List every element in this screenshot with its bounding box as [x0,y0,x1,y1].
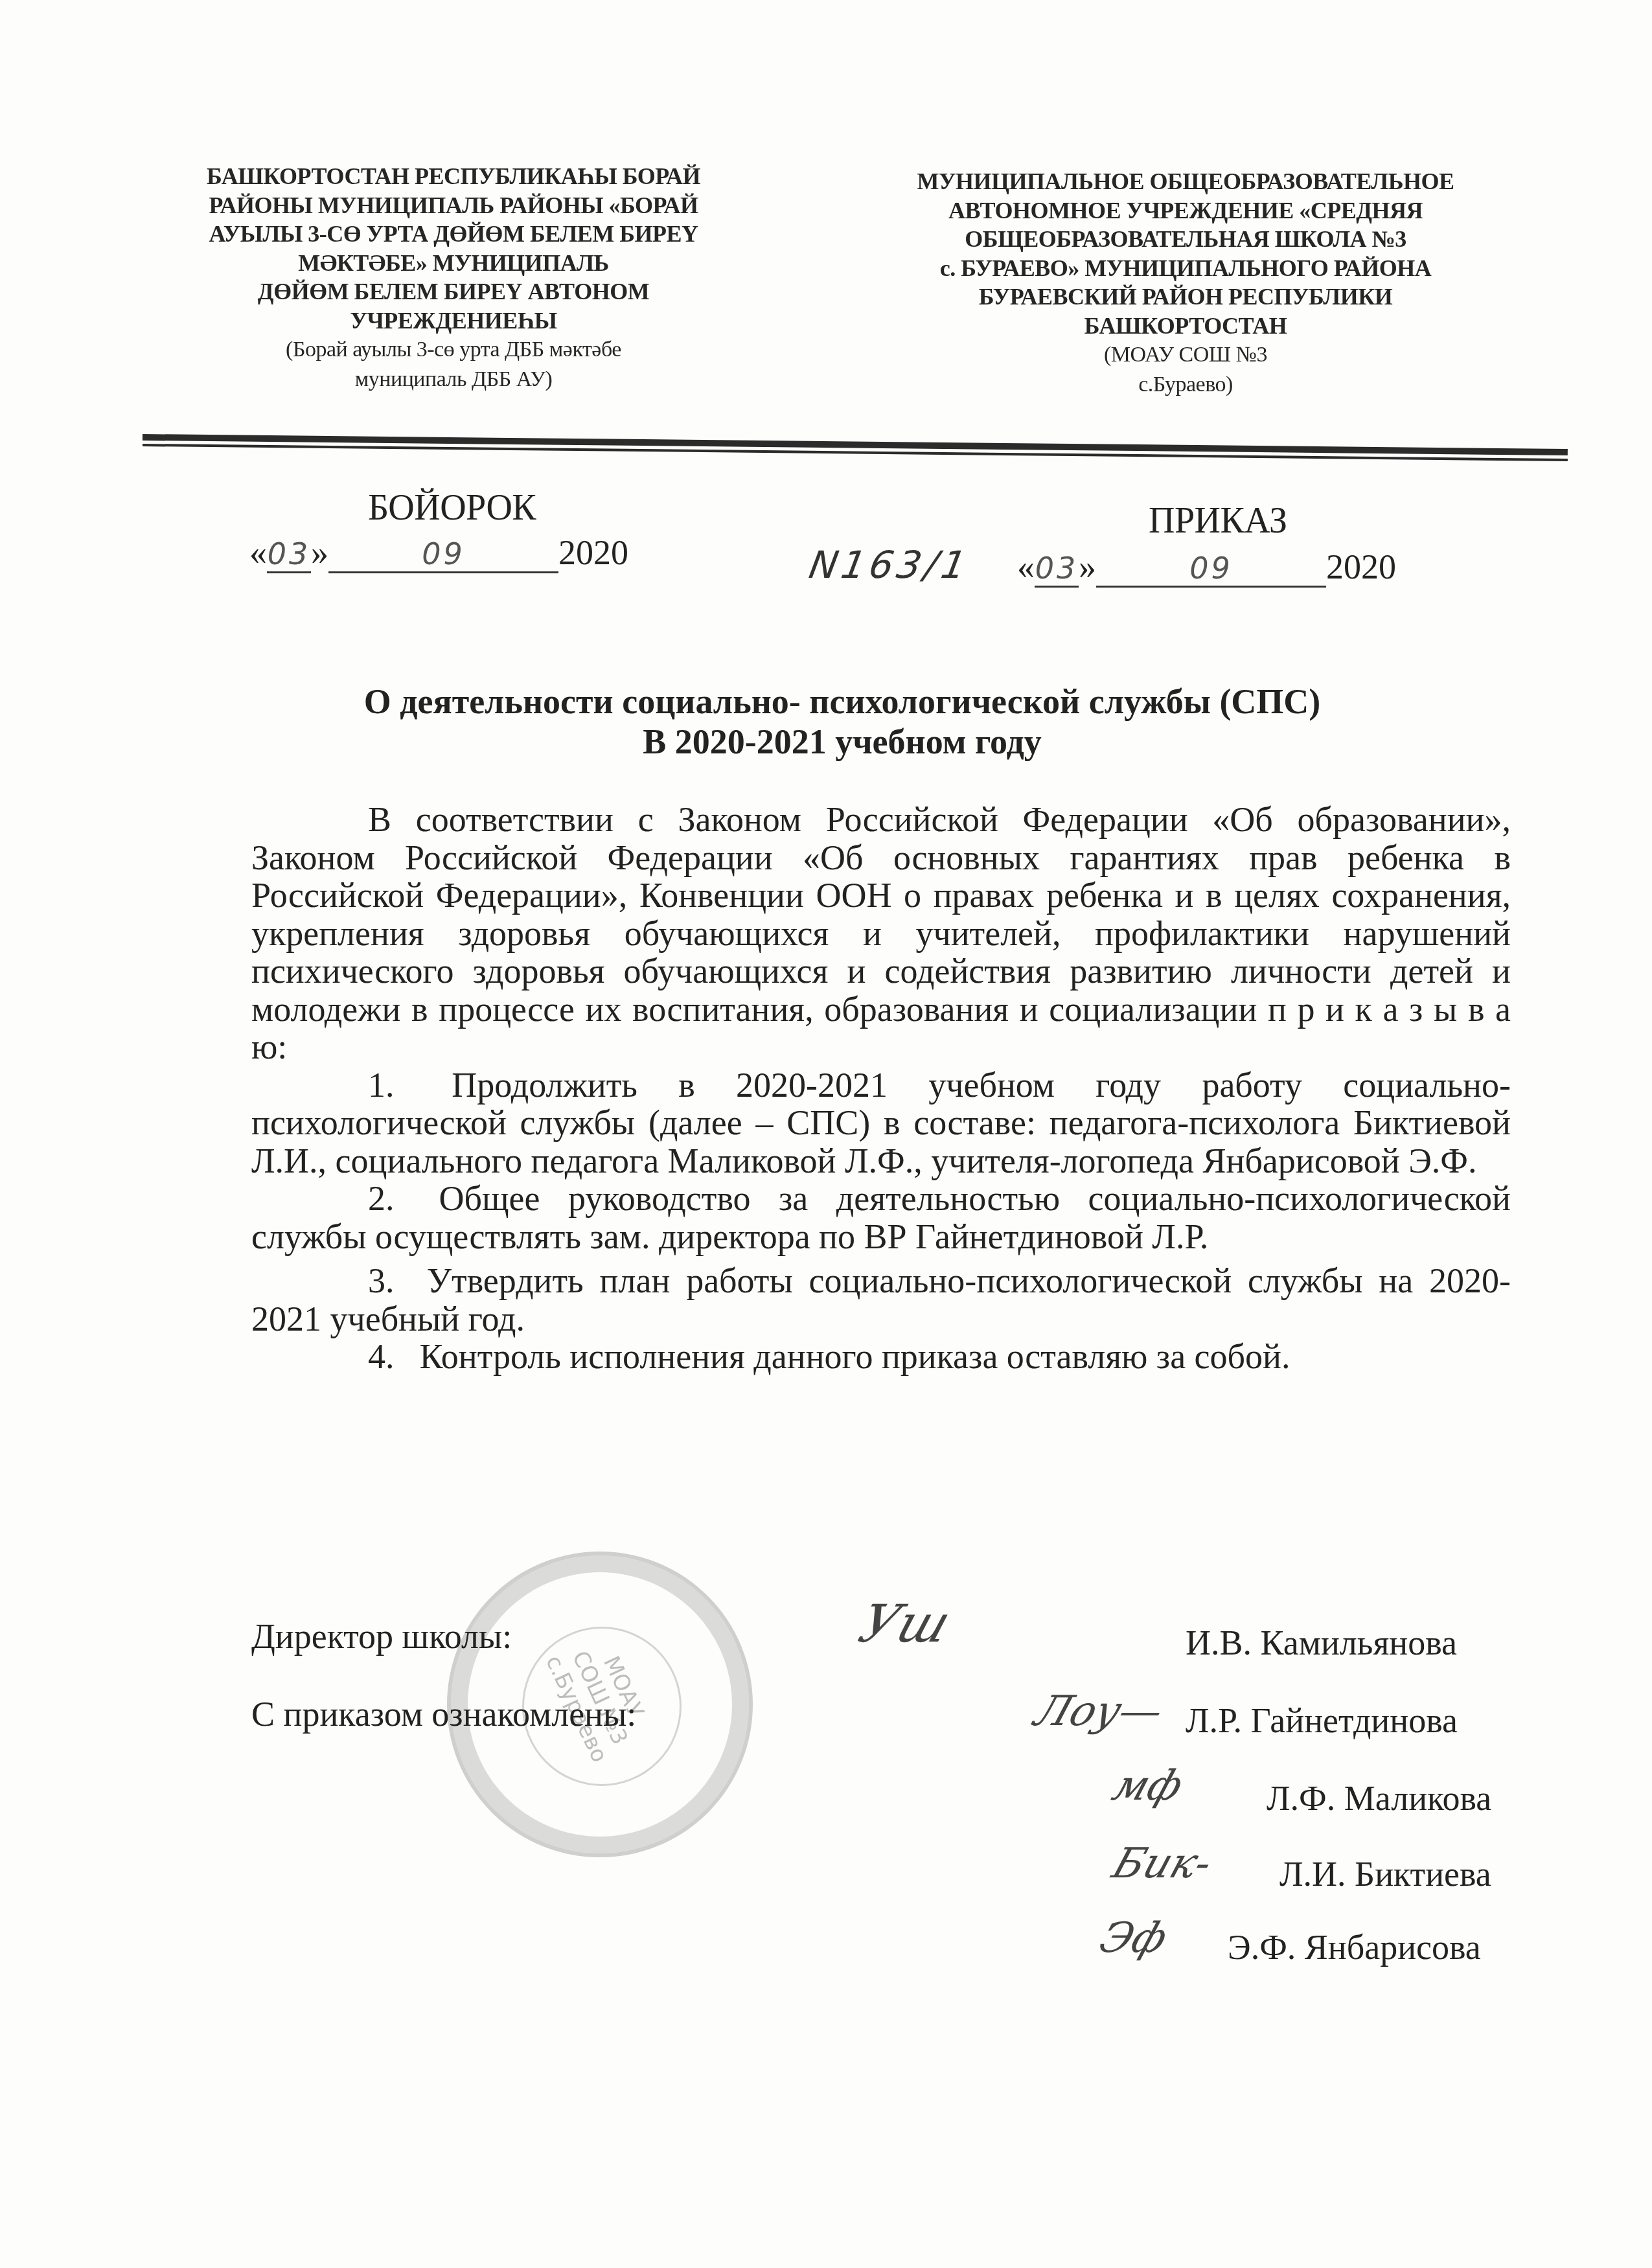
order-item-1: 1. Продолжить в 2020-2021 учебном году р… [251,1066,1511,1180]
preamble: В соответствии с Законом Российской Феде… [251,801,1511,1066]
letterhead-line: МӘКТӘБЕ» МУНИЦИПАЛЬ [130,249,777,278]
handwritten-signature: Эф [1094,1914,1173,1962]
letterhead-abbrev: (МОАУ СОШ №3 [862,340,1509,370]
quote-close: » [311,533,328,572]
handwritten-day: 03 [267,536,311,573]
letterhead-line: УЧРЕЖДЕНИЕҺЫ [130,306,777,336]
order-date-bashkir: «03»092020 [249,533,628,573]
handwritten-order-number: N163/1 [806,543,974,587]
letterhead-line: БУРАЕВСКИЙ РАЙОН РЕСПУБЛИКИ [862,282,1509,312]
item-number: 1. [368,1066,411,1105]
item-text: Продолжить в 2020-2021 учебном году рабо… [251,1066,1511,1180]
letterhead-bashkir: БАШКОРТОСТАН РЕСПУБЛИКАҺЫ БОРАЙ РАЙОНЫ М… [130,162,777,395]
signatory-name: Л.Р. Гайнетдинова [1186,1701,1458,1741]
order-title-line: О деятельности социально- психологическо… [194,682,1490,722]
letterhead-line: ДӨЙӨМ БЕЛЕМ БИРЕҮ АВТОНОМ [130,277,777,306]
letterhead-line: МУНИЦИПАЛЬНОЕ ОБЩЕОБРАЗОВАТЕЛЬНОЕ [862,167,1509,196]
handwritten-signature: Лоу— [1029,1688,1169,1735]
item-number: 3. [368,1262,411,1300]
quote-open: « [249,533,267,572]
item-text: Утвердить план работы социально-психолог… [251,1261,1511,1338]
handwritten-day: 03 [1035,551,1079,588]
letterhead-line: РАЙОНЫ МУНИЦИПАЛЬ РАЙОНЫ «БОРАЙ [130,191,777,220]
letterhead-abbrev: муниципаль ДББ АУ) [130,365,777,395]
handwritten-month: 09 [1096,551,1326,588]
doc-type-bashkir: БОЙОРОК [368,487,536,529]
item-text: Общее руководство за деятельностью социа… [251,1179,1511,1256]
signatory-name: Л.И. Биктиева [1279,1854,1491,1894]
signatory-name: Л.Ф. Маликова [1267,1778,1491,1818]
item-text: Контроль исполнения данного приказа оста… [420,1337,1291,1376]
acknowledged-label: С приказом ознакомлены: [251,1694,636,1734]
handwritten-signature: Бик- [1107,1840,1218,1888]
date-year: 2020 [558,533,628,572]
item-number: 4. [368,1338,411,1376]
letterhead-line: с. БУРАЕВО» МУНИЦИПАЛЬНОГО РАЙОНА [862,254,1509,283]
order-date-russian: «03»092020 [1017,547,1396,588]
order-title-line: В 2020-2021 учебном году [194,722,1490,762]
handwritten-month: 09 [328,536,558,573]
handwritten-signature: мф [1107,1762,1189,1810]
quote-close: » [1079,547,1096,586]
order-body: В соответствии с Законом Российской Феде… [251,801,1511,1376]
letterhead-abbrev: (Борай ауылы 3-сө урта ДББ мәктәбе [130,335,777,365]
letterhead-abbrev: с.Бураево) [862,370,1509,400]
handwritten-signature-director: Уш [852,1594,958,1654]
director-label: Директор школы: [251,1616,512,1656]
letterhead-line: БАШКОРТОСТАН РЕСПУБЛИКАҺЫ БОРАЙ [130,162,777,191]
order-item-2: 2. Общее руководство за деятельностью со… [251,1180,1511,1255]
letterhead-line: БАШКОРТОСТАН [862,312,1509,341]
date-year: 2020 [1326,547,1396,586]
order-item-4: 4. Контроль исполнения данного приказа о… [251,1338,1511,1376]
letterhead-line: АВТОНОМНОЕ УЧРЕЖДЕНИЕ «СРЕДНЯЯ [862,196,1509,225]
letterhead-line: ОБЩЕОБРАЗОВАТЕЛЬНАЯ ШКОЛА №3 [862,225,1509,254]
quote-open: « [1017,547,1035,586]
order-title: О деятельности социально- психологическо… [194,682,1490,762]
signatory-name: Э.Ф. Янбарисова [1228,1927,1481,1967]
item-number: 2. [368,1180,411,1218]
doc-type-russian: ПРИКАЗ [1149,500,1287,542]
order-item-3: 3. Утвердить план работы социально-психо… [251,1262,1511,1338]
letterhead-line: АУЫЛЫ 3-СӨ УРТА ДӨЙӨМ БЕЛЕМ БИРЕҮ [130,220,777,249]
director-name: И.В. Камильянова [1186,1623,1457,1663]
letterhead-russian: МУНИЦИПАЛЬНОЕ ОБЩЕОБРАЗОВАТЕЛЬНОЕ АВТОНО… [862,167,1509,400]
